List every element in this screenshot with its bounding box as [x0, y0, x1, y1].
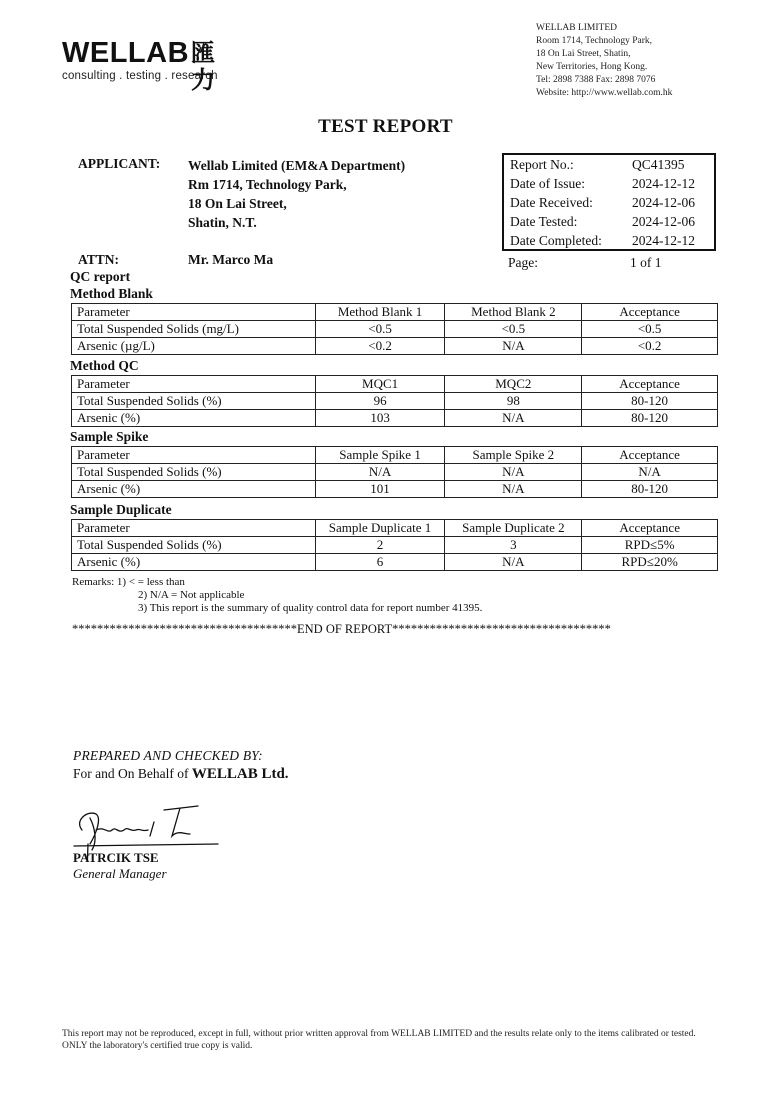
sample-spike-table: ParameterSample Spike 1Sample Spike 2Acc… — [71, 446, 718, 498]
section-title-method-qc: Method QC — [70, 358, 139, 374]
value-cell: 80-120 — [582, 481, 718, 498]
parameter-cell: Arsenic (µg/L) — [72, 338, 316, 355]
value-cell: N/A — [582, 464, 718, 481]
value-cell: <0.5 — [315, 321, 445, 338]
company-logo: WELLAB 匯力 consulting . testing . researc… — [62, 38, 237, 82]
value-cell: 6 — [315, 554, 445, 571]
value-cell: MQC2 — [445, 376, 582, 393]
value-cell: N/A — [315, 464, 445, 481]
table-header-row: ParameterSample Duplicate 1Sample Duplic… — [72, 520, 718, 537]
info-row-date-received: Date Received: 2024-12-06 — [504, 193, 714, 212]
table-row: Total Suspended Solids (%)969880-120 — [72, 393, 718, 410]
end-of-report: ************************************END … — [72, 622, 611, 637]
page-number: Page: 1 of 1 — [508, 255, 662, 271]
sample-duplicate-table: ParameterSample Duplicate 1Sample Duplic… — [71, 519, 718, 571]
report-title: TEST REPORT — [0, 116, 771, 138]
table-row: Total Suspended Solids (%)N/AN/AN/A — [72, 464, 718, 481]
table-row: Total Suspended Solids (mg/L)<0.5<0.5<0.… — [72, 321, 718, 338]
on-behalf-of: For and On Behalf of WELLAB Ltd. — [73, 766, 289, 783]
value-cell: N/A — [445, 554, 582, 571]
value-cell: 98 — [445, 393, 582, 410]
applicant-address: Wellab Limited (EM&A Department) Rm 1714… — [188, 156, 405, 232]
value-cell: 3 — [445, 537, 582, 554]
info-row-date-completed: Date Completed: 2024-12-12 — [504, 231, 714, 250]
remark-line: 2) N/A = Not applicable — [72, 589, 482, 602]
parameter-cell: Total Suspended Solids (%) — [72, 464, 316, 481]
signatory-name: PATRCIK TSE — [73, 850, 159, 866]
remark-line: Remarks: 1) < = less than — [72, 576, 482, 589]
info-row-date-tested: Date Tested: 2024-12-06 — [504, 212, 714, 231]
attn-label: ATTN: — [78, 252, 119, 268]
remark-line: 3) This report is the summary of quality… — [72, 602, 482, 615]
table-row: Arsenic (µg/L)<0.2N/A<0.2 — [72, 338, 718, 355]
value-cell: Acceptance — [582, 304, 718, 321]
value-cell: <0.5 — [445, 321, 582, 338]
value-cell: Acceptance — [582, 520, 718, 537]
logo-brand: WELLAB — [62, 38, 189, 68]
company-line: 18 On Lai Street, Shatin, — [536, 48, 672, 61]
method-qc-table: ParameterMQC1MQC2AcceptanceTotal Suspend… — [71, 375, 718, 427]
company-line: WELLAB LIMITED — [536, 22, 672, 35]
value-cell: Method Blank 1 — [315, 304, 445, 321]
section-title-sample-duplicate: Sample Duplicate — [70, 502, 172, 518]
value-cell: N/A — [445, 410, 582, 427]
value-cell: 96 — [315, 393, 445, 410]
qc-report-label: QC report — [70, 269, 130, 285]
table-row: Arsenic (%)103N/A80-120 — [72, 410, 718, 427]
parameter-cell: Arsenic (%) — [72, 554, 316, 571]
method-blank-table: ParameterMethod Blank 1Method Blank 2Acc… — [71, 303, 718, 355]
value-cell: Sample Duplicate 2 — [445, 520, 582, 537]
value-cell: 101 — [315, 481, 445, 498]
value-cell: <0.2 — [582, 338, 718, 355]
parameter-cell: Total Suspended Solids (%) — [72, 393, 316, 410]
table-header-row: ParameterSample Spike 1Sample Spike 2Acc… — [72, 447, 718, 464]
parameter-cell: Arsenic (%) — [72, 481, 316, 498]
parameter-cell: Parameter — [72, 447, 316, 464]
parameter-cell: Parameter — [72, 520, 316, 537]
value-cell: Acceptance — [582, 447, 718, 464]
parameter-cell: Parameter — [72, 304, 316, 321]
value-cell: N/A — [445, 464, 582, 481]
value-cell: 2 — [315, 537, 445, 554]
report-info-box: Report No.: QC41395 Date of Issue: 2024-… — [502, 153, 716, 251]
value-cell: Sample Spike 2 — [445, 447, 582, 464]
value-cell: Method Blank 2 — [445, 304, 582, 321]
value-cell: 103 — [315, 410, 445, 427]
parameter-cell: Total Suspended Solids (mg/L) — [72, 321, 316, 338]
value-cell: 80-120 — [582, 410, 718, 427]
remarks: Remarks: 1) < = less than 2) N/A = Not a… — [72, 576, 482, 615]
parameter-cell: Arsenic (%) — [72, 410, 316, 427]
value-cell: Sample Spike 1 — [315, 447, 445, 464]
prepared-by-label: PREPARED AND CHECKED BY: — [73, 748, 263, 764]
applicant-line: Wellab Limited (EM&A Department) — [188, 156, 405, 175]
company-line: Website: http://www.wellab.com.hk — [536, 87, 672, 100]
table-row: Arsenic (%)6N/ARPD≤20% — [72, 554, 718, 571]
logo-cjk-mark: 匯力 — [191, 40, 237, 67]
table-row: Total Suspended Solids (%)23RPD≤5% — [72, 537, 718, 554]
attn-value: Mr. Marco Ma — [188, 252, 273, 268]
value-cell: RPD≤5% — [582, 537, 718, 554]
applicant-line: Rm 1714, Technology Park, — [188, 175, 405, 194]
value-cell: Acceptance — [582, 376, 718, 393]
applicant-line: Shatin, N.T. — [188, 213, 405, 232]
section-title-method-blank: Method Blank — [70, 286, 153, 302]
value-cell: N/A — [445, 481, 582, 498]
parameter-cell: Parameter — [72, 376, 316, 393]
company-line: Room 1714, Technology Park, — [536, 35, 672, 48]
company-line: New Territories, Hong Kong. — [536, 61, 672, 74]
signatory-position: General Manager — [73, 866, 167, 882]
company-line: Tel: 2898 7388 Fax: 2898 7076 — [536, 74, 672, 87]
info-row-date-of-issue: Date of Issue: 2024-12-12 — [504, 174, 714, 193]
table-row: Arsenic (%)101N/A80-120 — [72, 481, 718, 498]
table-header-row: ParameterMethod Blank 1Method Blank 2Acc… — [72, 304, 718, 321]
section-title-sample-spike: Sample Spike — [70, 429, 148, 445]
info-row-report-no: Report No.: QC41395 — [504, 155, 714, 174]
applicant-line: 18 On Lai Street, — [188, 194, 405, 213]
applicant-label: APPLICANT: — [78, 156, 160, 172]
parameter-cell: Total Suspended Solids (%) — [72, 537, 316, 554]
value-cell: <0.2 — [315, 338, 445, 355]
table-header-row: ParameterMQC1MQC2Acceptance — [72, 376, 718, 393]
value-cell: 80-120 — [582, 393, 718, 410]
value-cell: RPD≤20% — [582, 554, 718, 571]
value-cell: N/A — [445, 338, 582, 355]
footer-disclaimer: This report may not be reproduced, excep… — [62, 1028, 722, 1052]
value-cell: Sample Duplicate 1 — [315, 520, 445, 537]
value-cell: <0.5 — [582, 321, 718, 338]
company-address: WELLAB LIMITED Room 1714, Technology Par… — [536, 22, 672, 100]
value-cell: MQC1 — [315, 376, 445, 393]
